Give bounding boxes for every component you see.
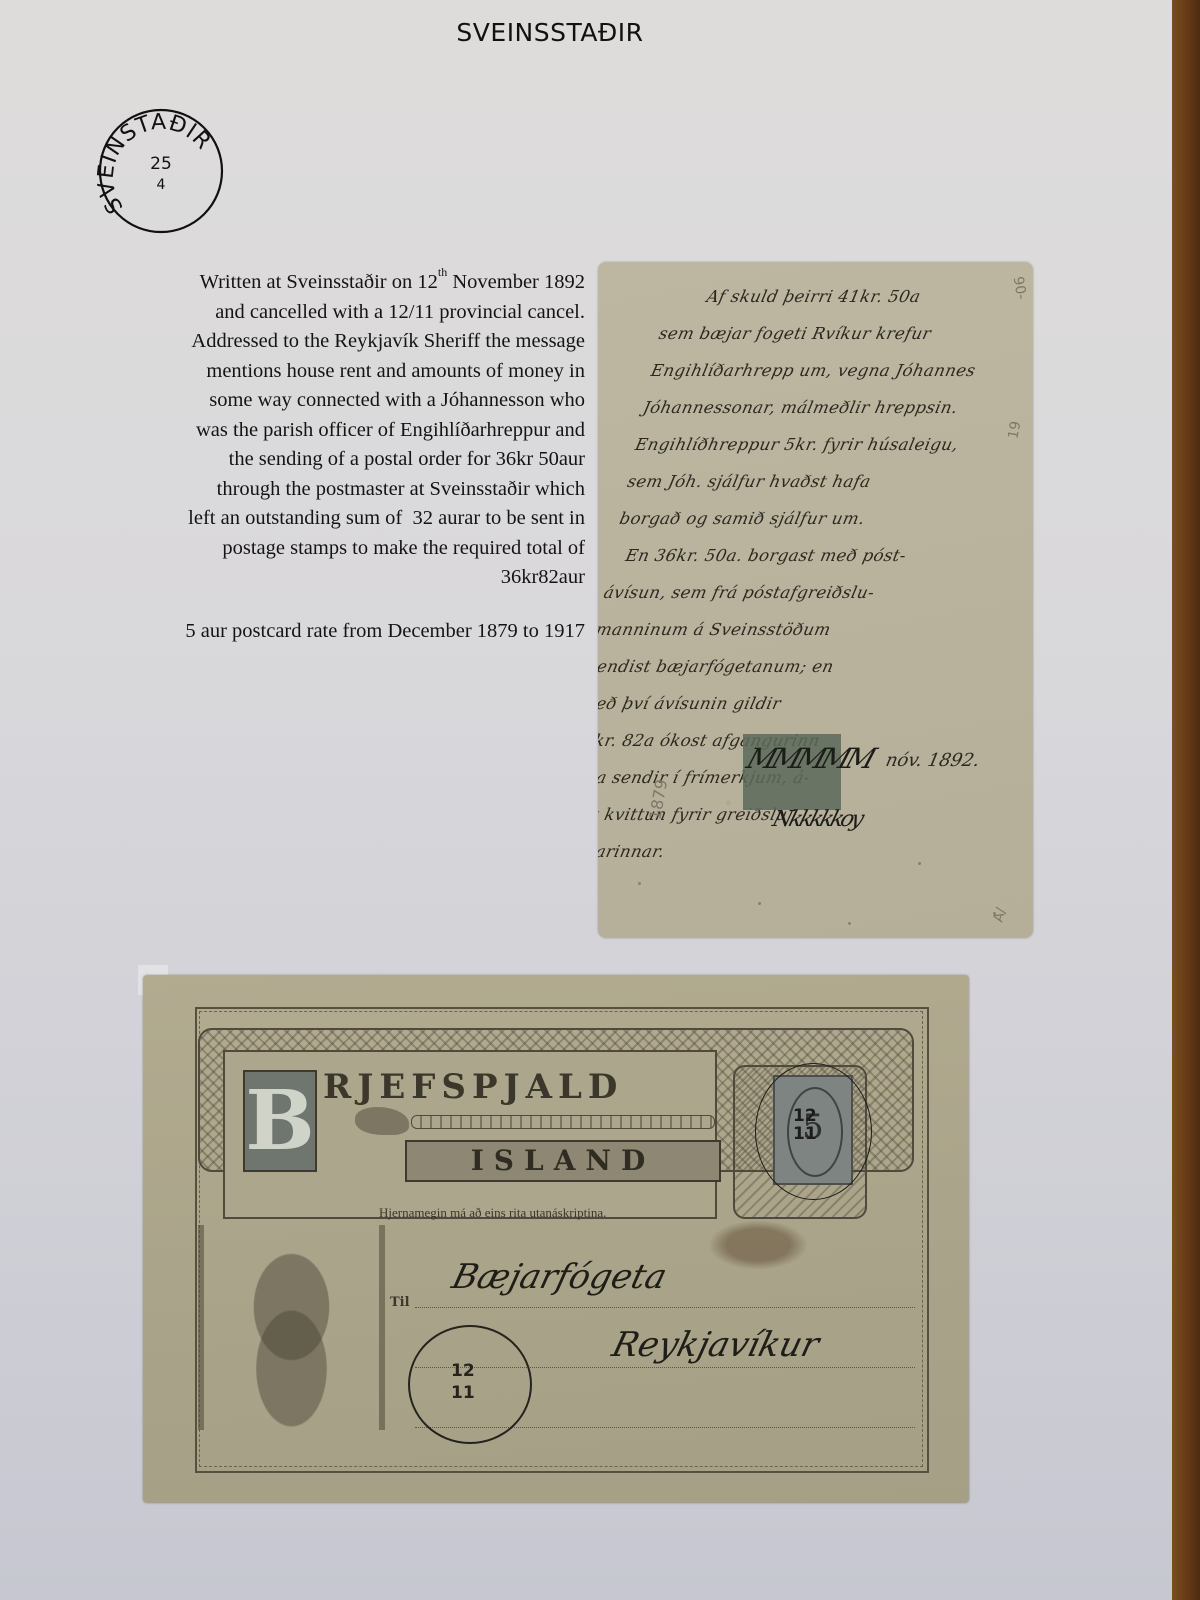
desc-line: the sending of a postal order for 36kr 5… [55, 445, 585, 475]
desc-line: some way connected with a Jóhannesson wh… [55, 386, 585, 416]
handwriting-line: Engihlíðhreppur 5kr. fyrir húsaleigu, [632, 426, 1033, 463]
desc-line: Addressed to the Reykjavík Sheriff the m… [55, 327, 585, 357]
cancel-day: 12 [451, 1360, 475, 1382]
desc-line: Written at Sveinsstaðir on 12 [200, 271, 438, 293]
desc-line: and cancelled with a 12/11 provincial ca… [55, 298, 585, 328]
ordinal-suffix: th [438, 265, 447, 279]
address-recipient: Bæjarfógeta [448, 1257, 671, 1297]
handwriting-line: borgað og samið sjálfur um. [616, 500, 1033, 537]
cancel-day: 12 [793, 1107, 817, 1125]
address-city: Reykjavíkur [608, 1325, 823, 1365]
card-heading: RJEFSPJALD [323, 1067, 623, 1107]
handwriting-line: sem bæjar fogeti Rvíkur krefur [655, 315, 1033, 352]
desc-line: through the postmaster at Sveinsstaðir w… [55, 475, 585, 505]
pencil-note: A/ [991, 906, 1010, 924]
stamp-cancel-date: 12 11 [793, 1107, 817, 1143]
postcard-address-side: B RJEFSPJALD ISLAND Hjernamegin má að ei… [143, 975, 969, 1503]
speck [848, 922, 851, 925]
ornamental-initial: B [243, 1070, 317, 1172]
celtic-knot-ornament [198, 1225, 385, 1430]
postmark-month: 4 [157, 177, 166, 193]
handwriting-line: Jóhannessonar, málmeðlir hreppsin. [639, 389, 1033, 426]
foxing-stain [708, 1220, 808, 1270]
handwriting-line: Af skuld þeirri 41kr. 50a [663, 278, 1033, 315]
signature-scribble: MMMMM [743, 742, 877, 775]
handwriting-line: En 36kr. 50a. borgast með póst- [608, 537, 1033, 574]
address-line-1-rule [415, 1307, 915, 1308]
to-label: Til [390, 1295, 410, 1310]
handwriting-line: skuldarinnar. [598, 833, 973, 870]
signature-name-scribble: Nkkkkkoy [770, 807, 864, 832]
postcard-rate-note: 5 aur postcard rate from December 1879 t… [55, 620, 585, 643]
desc-line: 36kr82aur [55, 563, 585, 593]
desc-line: November 1892 [447, 271, 585, 293]
description-text: Written at Sveinsstaðir on 12th November… [55, 268, 585, 593]
instruction-text: Hjernamegin má að eins rita utanáskripti… [379, 1205, 606, 1221]
handwriting-line: ávísun, sem frá póstafgreiðslu- [600, 574, 1028, 611]
cancel-month: 11 [793, 1125, 817, 1143]
handwriting-line: sem Jóh. sjálfur hvaðst hafa [624, 463, 1033, 500]
postmark-day: 25 [150, 154, 172, 174]
speck [638, 882, 641, 885]
desc-line: mentions house rent and amounts of money… [55, 357, 585, 387]
sveinstadir-postmark-illustration: SVEINSTAÐIR 25 4 [97, 107, 225, 235]
handwriting-line: Engihlíðarhrepp um, vegna Jóhannes [647, 352, 1033, 389]
desc-line: was the parish officer of Engihlíðarhrep… [55, 416, 585, 446]
pencil-note: 19 [1005, 420, 1024, 440]
desc-line: left an outstanding sum of 32 aurar to b… [55, 504, 585, 534]
card-cancel-date: 12 11 [451, 1360, 475, 1404]
postcard-message-side: Af skuld þeirri 41kr. 50a sem bæjar foge… [598, 262, 1033, 938]
handwriting-line: með því ávísunin gildir [598, 685, 1004, 722]
country-banner: ISLAND [405, 1140, 721, 1182]
handwriting-line: sendist bæjarfógetanum; en [598, 648, 1012, 685]
knotwork-bar [411, 1115, 715, 1129]
signature-date: nóv. 1892. [884, 750, 982, 771]
wooden-frame-edge [1172, 0, 1200, 1600]
page-title: SVEINSSTAÐIR [0, 18, 1100, 47]
speck [758, 902, 761, 905]
desc-line: postage stamps to make the required tota… [55, 534, 585, 564]
handwriting-line: manninum á Sveinsstöðum [598, 611, 1020, 648]
cancel-month: 11 [451, 1382, 475, 1404]
